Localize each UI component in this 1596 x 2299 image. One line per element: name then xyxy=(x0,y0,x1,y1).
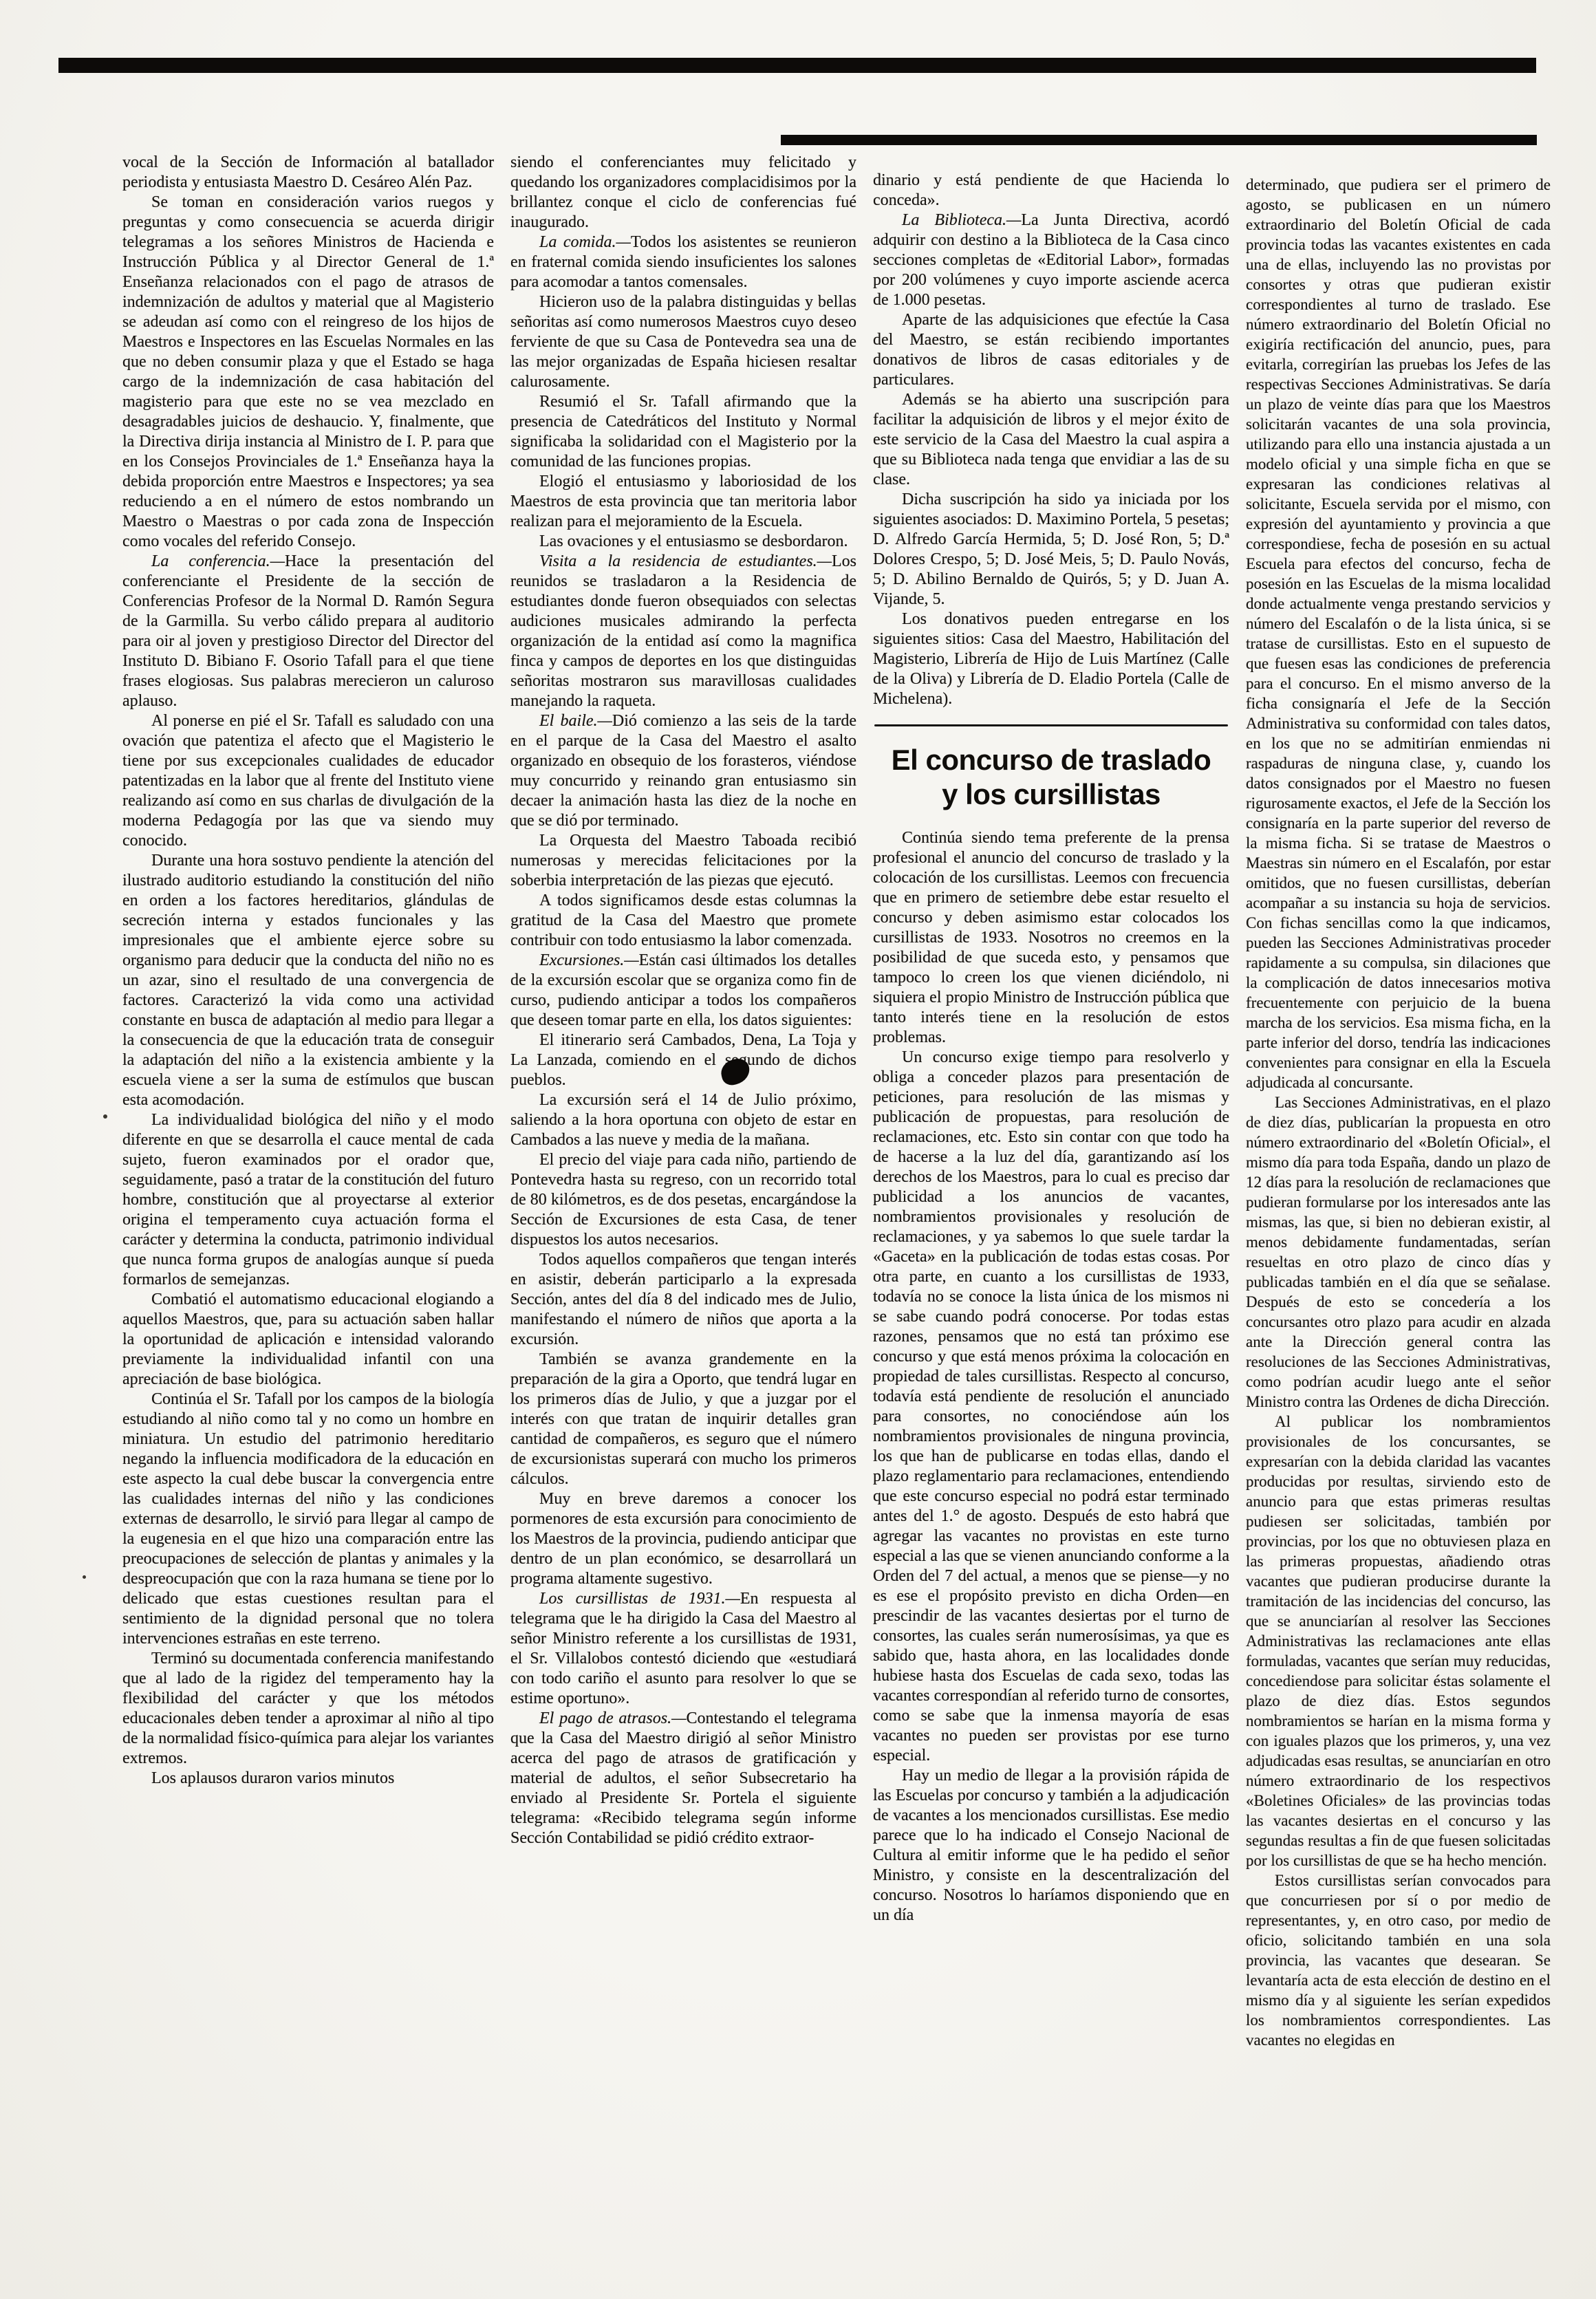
paragraph: Todos aquellos compañeros que tengan int… xyxy=(510,1250,856,1350)
column-1: vocal de la Sección de Información al ba… xyxy=(122,153,494,1789)
masthead-rule xyxy=(58,58,1536,73)
section-headline-line: y los cursillistas xyxy=(873,777,1229,812)
paragraph: Los aplausos duraron varios minutos xyxy=(122,1769,494,1789)
newspaper-page: vocal de la Sección de Información al ba… xyxy=(0,0,1596,2299)
paragraph: Excursiones.—Están casi últimados los de… xyxy=(510,951,856,1030)
paragraph: Al publicar los nombramientos provisiona… xyxy=(1246,1412,1551,1870)
paragraph: Las Secciones Administrativas, en el pla… xyxy=(1246,1092,1551,1412)
paragraph: Continúa siendo tema preferente de la pr… xyxy=(873,828,1229,1048)
paragraph: dinario y está pendiente de que Hacienda… xyxy=(873,171,1229,211)
paragraph: La Biblioteca.—La Junta Directiva, acord… xyxy=(873,211,1229,310)
paragraph: Dicha suscripción ha sido ya iniciada po… xyxy=(873,490,1229,609)
paragraph: El precio del viaje para cada niño, part… xyxy=(510,1150,856,1250)
paragraph: Resumió el Sr. Tafall afirmando que la p… xyxy=(510,392,856,472)
paragraph-lead: El baile.— xyxy=(539,712,612,730)
paragraph: La individualidad biológica del niño y e… xyxy=(122,1110,494,1290)
paragraph: La comida.—Todos los asistentes se reuni… xyxy=(510,233,856,292)
paragraph-lead: La conferencia.— xyxy=(151,552,285,570)
paragraph: Visita a la residencia de estudiantes.—L… xyxy=(510,552,856,711)
paragraph-lead: Excursiones.— xyxy=(539,951,639,969)
paragraph-lead: La Biblioteca.— xyxy=(902,211,1021,229)
paragraph: La excursión será el 14 de Julio próximo… xyxy=(510,1090,856,1150)
header-rule-right xyxy=(781,135,1537,145)
paragraph: Terminó su documentada conferencia manif… xyxy=(122,1649,494,1769)
section-headline: El concurso de trasladoy los cursillista… xyxy=(873,743,1229,812)
paragraph: También se avanza grandemente en la prep… xyxy=(510,1350,856,1489)
paragraph: La conferencia.—Hace la presentación del… xyxy=(122,552,494,711)
paragraph-lead: Visita a la residencia de estudiantes.— xyxy=(539,552,832,570)
paragraph: Un concurso exige tiempo para resolverlo… xyxy=(873,1048,1229,1766)
paragraph: Los cursillistas de 1931.—En respuesta a… xyxy=(510,1589,856,1709)
paragraph: Al ponerse en pié el Sr. Tafall es salud… xyxy=(122,711,494,851)
article-columns: vocal de la Sección de Información al ba… xyxy=(122,153,1551,2050)
paragraph: Los donativos pueden entregarse en los s… xyxy=(873,609,1229,709)
column-2: siendo el conferenciantes muy felicitado… xyxy=(510,153,856,1848)
paragraph: El baile.—Dió comienzo a las seis de la … xyxy=(510,711,856,831)
paragraph: siendo el conferenciantes muy felicitado… xyxy=(510,153,856,233)
paragraph: Se toman en consideración varios ruegos … xyxy=(122,193,494,552)
paragraph: Muy en breve daremos a conocer los porme… xyxy=(510,1489,856,1589)
section-headline-line: El concurso de traslado xyxy=(873,743,1229,777)
paragraph: Elogió el entusiasmo y laboriosidad de l… xyxy=(510,472,856,532)
paragraph: determinado, que pudiera ser el primero … xyxy=(1246,175,1551,1092)
paragraph-lead: Los cursillistas de 1931.— xyxy=(539,1590,740,1608)
paragraph: El itinerario será Cambados, Dena, La To… xyxy=(510,1030,856,1090)
paragraph-lead: La comida.— xyxy=(539,233,631,251)
paragraph: Durante una hora sostuvo pendiente la at… xyxy=(122,851,494,1110)
paragraph: vocal de la Sección de Información al ba… xyxy=(122,153,494,193)
paragraph: Además se ha abierto una suscripción par… xyxy=(873,390,1229,490)
paragraph: La Orquesta del Maestro Taboada recibió … xyxy=(510,831,856,891)
paragraph: A todos significamos desde estas columna… xyxy=(510,891,856,951)
scan-speck xyxy=(83,1575,86,1579)
paragraph: Las ovaciones y el entusiasmo se desbord… xyxy=(510,532,856,552)
section-divider-rule xyxy=(874,724,1228,726)
paragraph: El pago de atrasos.—Contestando el teleg… xyxy=(510,1709,856,1848)
paragraph: Aparte de las adquisiciones que efectúe … xyxy=(873,310,1229,390)
paragraph: Hicieron uso de la palabra distinguidas … xyxy=(510,292,856,392)
paragraph: Estos cursillistas serían convocados par… xyxy=(1246,1870,1551,2050)
paragraph: Combatió el automatismo educacional elog… xyxy=(122,1290,494,1390)
paragraph-lead: El pago de atrasos.— xyxy=(539,1709,686,1727)
column-4: determinado, que pudiera ser el primero … xyxy=(1246,153,1551,2050)
column-3: dinario y está pendiente de que Hacienda… xyxy=(873,153,1229,1925)
paragraph: Continúa el Sr. Tafall por los campos de… xyxy=(122,1390,494,1649)
paragraph: Hay un medio de llegar a la provisión rá… xyxy=(873,1766,1229,1925)
scan-speck xyxy=(103,1114,107,1119)
